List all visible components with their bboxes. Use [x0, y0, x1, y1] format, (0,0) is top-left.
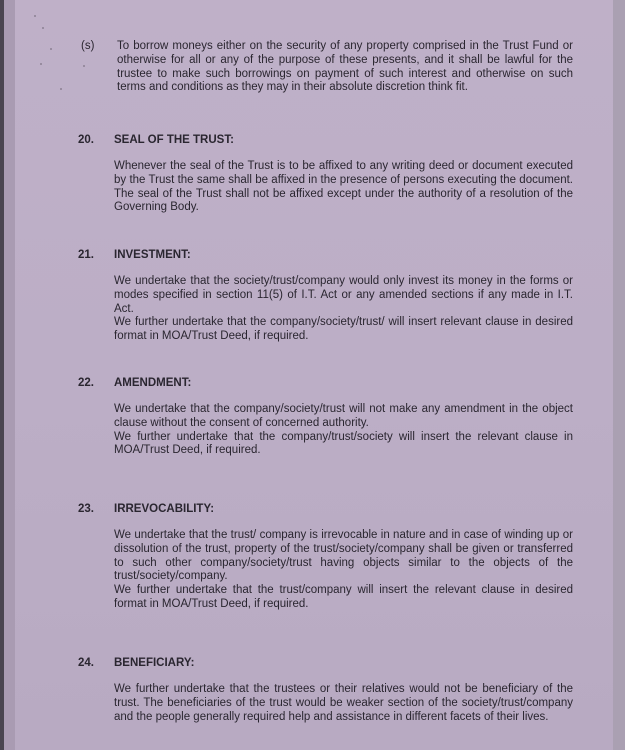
clause-text: To borrow moneys either on the security …	[117, 40, 573, 95]
paragraph: We further undertake that the trustees o…	[114, 683, 573, 724]
clause-item-s: (s) To borrow moneys either on the secur…	[81, 40, 573, 95]
section-number: 21.	[78, 249, 114, 261]
scan-speck	[50, 48, 52, 50]
section-title: INVESTMENT:	[114, 249, 191, 261]
section-heading: 20. SEAL OF THE TRUST:	[78, 134, 573, 146]
section-number: 20.	[78, 134, 114, 146]
paragraph: We further undertake that the trust/comp…	[114, 584, 573, 612]
paragraph: We undertake that the company/society/tr…	[114, 403, 573, 431]
section-heading: 23. IRREVOCABILITY:	[78, 503, 573, 515]
section-body: We undertake that the trust/ company is …	[114, 529, 573, 612]
scan-speck	[42, 27, 44, 29]
section-body: Whenever the seal of the Trust is to be …	[114, 160, 573, 215]
section-body: We further undertake that the trustees o…	[114, 683, 573, 724]
section-title: SEAL OF THE TRUST:	[114, 134, 234, 146]
paragraph: We further undertake that the company/so…	[114, 316, 573, 344]
section-beneficiary: 24. BENEFICIARY: We further undertake th…	[78, 657, 573, 724]
scan-speck	[40, 63, 42, 65]
section-title: IRREVOCABILITY:	[114, 503, 214, 515]
section-number: 22.	[78, 377, 114, 389]
section-body: We undertake that the company/society/tr…	[114, 403, 573, 458]
section-title: BENEFICIARY:	[114, 657, 195, 669]
section-number: 24.	[78, 657, 114, 669]
section-heading: 24. BENEFICIARY:	[78, 657, 573, 669]
scan-speck	[60, 88, 62, 90]
section-number: 23.	[78, 503, 114, 515]
scan-speck	[34, 15, 36, 17]
section-seal-of-the-trust: 20. SEAL OF THE TRUST: Whenever the seal…	[78, 134, 573, 215]
paragraph: We undertake that the trust/ company is …	[114, 529, 573, 584]
section-investment: 21. INVESTMENT: We undertake that the so…	[78, 249, 573, 344]
section-heading: 22. AMENDMENT:	[78, 377, 573, 389]
scan-edge-right	[613, 0, 625, 750]
paragraph: We undertake that the society/trust/comp…	[114, 275, 573, 316]
section-amendment: 22. AMENDMENT: We undertake that the com…	[78, 377, 573, 458]
section-title: AMENDMENT:	[114, 377, 191, 389]
section-heading: 21. INVESTMENT:	[78, 249, 573, 261]
clause-label: (s)	[81, 40, 94, 52]
section-body: We undertake that the society/trust/comp…	[114, 275, 573, 344]
section-irrevocability: 23. IRREVOCABILITY: We undertake that th…	[78, 503, 573, 612]
paragraph: Whenever the seal of the Trust is to be …	[114, 160, 573, 215]
paragraph: We further undertake that the company/tr…	[114, 431, 573, 459]
document-page	[15, 0, 613, 750]
scan-margin-left	[4, 0, 15, 750]
